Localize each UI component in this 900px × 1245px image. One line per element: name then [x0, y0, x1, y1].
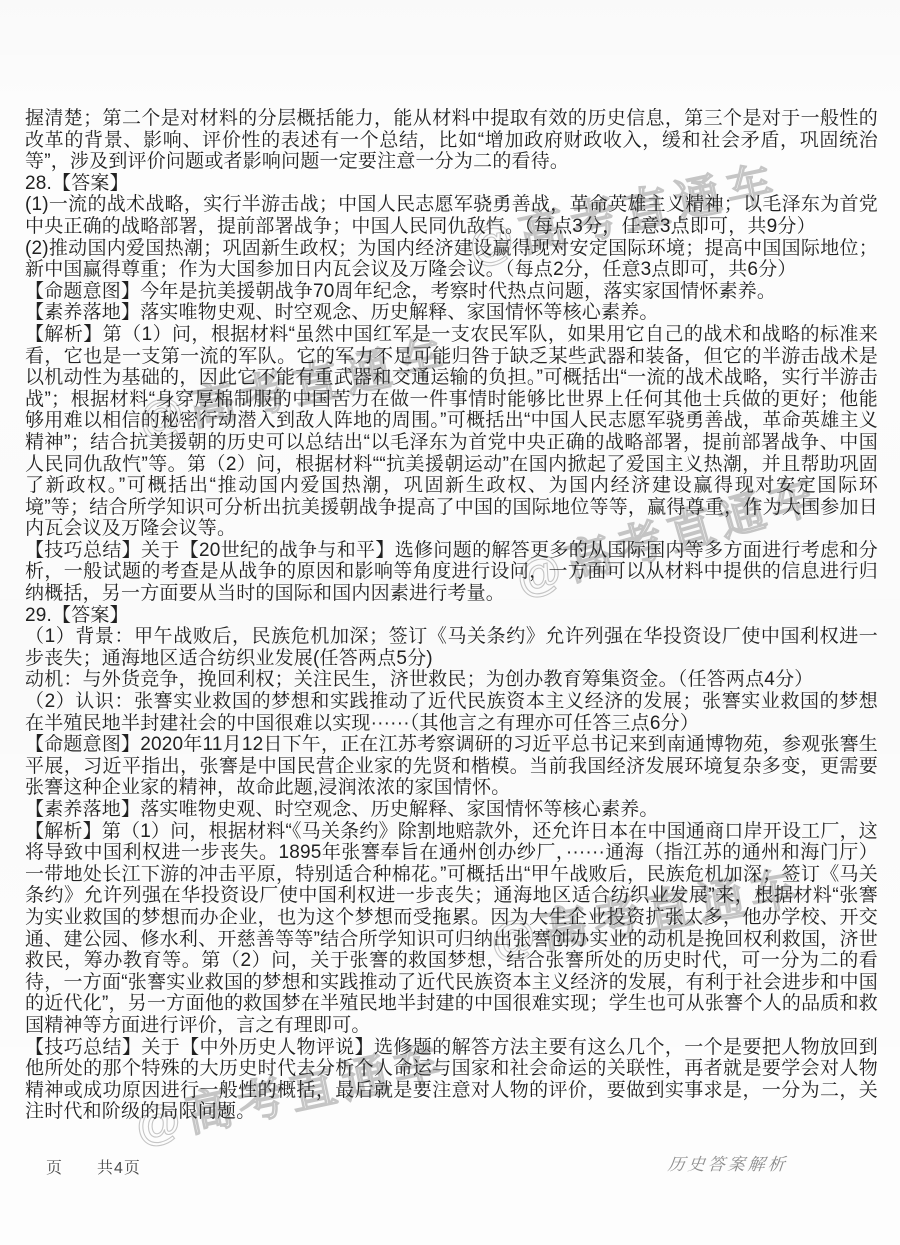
page-label: 页	[46, 1160, 63, 1177]
paragraph-intro-continuation: 握清楚；第二个是对材料的分层概括能力，能从材料中提取有效的历史信息，第三个是对于…	[25, 108, 878, 173]
q29-intent: 【命题意图】2020年11月12日下午，正在江苏考察调研的习近平总书记来到南通博…	[25, 734, 878, 799]
q28-analysis: 【解析】第（1）问，根据材料“虽然中国红军是一支农民军队，如果用它自己的战术和战…	[25, 324, 878, 540]
subject-footer-label: 历史答案解析	[667, 1150, 790, 1175]
q28-answer-point-1: (1)一流的战术战略，实行半游击战；中国人民志愿军骁勇善战，革命英雄主义精神；以…	[25, 194, 878, 237]
q28-intent: 【命题意图】今年是抗美援朝战争70周年纪念，考察时代热点问题，落实家国情怀素养。	[25, 281, 878, 303]
q28-technique-summary: 【技巧总结】关于【20世纪的战争与和平】选修问题的解答更多的从国际国内等多方面进…	[25, 540, 878, 605]
q29-technique-summary: 【技巧总结】关于【中外历史人物评说】选修题的解答方法主要有这么几个，一个是要把人…	[25, 1037, 878, 1120]
q29-competency: 【素养落地】落实唯物史观、时空观念、历史解释、家国情怀等核心素养。	[25, 799, 878, 821]
q29-answer-point-1-background: （1）背景：甲午战败后，民族危机加深；签订《马关条约》允许列强在华投资设厂使中国…	[25, 626, 878, 669]
q29-analysis: 【解析】第（1）问，根据材料“《马关条约》除割地赔款外，还允许日本在中国通商口岸…	[25, 821, 878, 1037]
q28-answer-point-2: (2)推动国内爱国热潮；巩固新生政权；为国内经济建设赢得现对安定国际环境；提高中…	[25, 238, 878, 281]
q28-competency: 【素养落地】落实唯物史观、时空观念、历史解释、家国情怀等核心素养。	[25, 302, 878, 324]
q29-answer-point-1-motive: 动机：与外货竞争，挽回利权；关注民生，济世救民；为创办教育筹集资金。（任答两点4…	[25, 669, 878, 691]
page-number-footer: 页共4页	[46, 1155, 141, 1178]
total-pages-label: 共4页	[97, 1160, 141, 1177]
q29-answer-heading: 29.【答案】	[25, 605, 878, 627]
q28-answer-heading: 28.【答案】	[25, 173, 878, 195]
scanned-answer-sheet-page: @高考直通车 @高考直通车 @高考直通车 @高考直通车 @高考直通车 握清楚；第…	[0, 0, 900, 1245]
document-body: 握清楚；第二个是对材料的分层概括能力，能从材料中提取有效的历史信息，第三个是对于…	[25, 108, 878, 1120]
q29-answer-point-2: （2）认识：张謇实业救国的梦想和实践推动了近代民族资本主义经济的发展；张謇实业救…	[25, 691, 878, 734]
